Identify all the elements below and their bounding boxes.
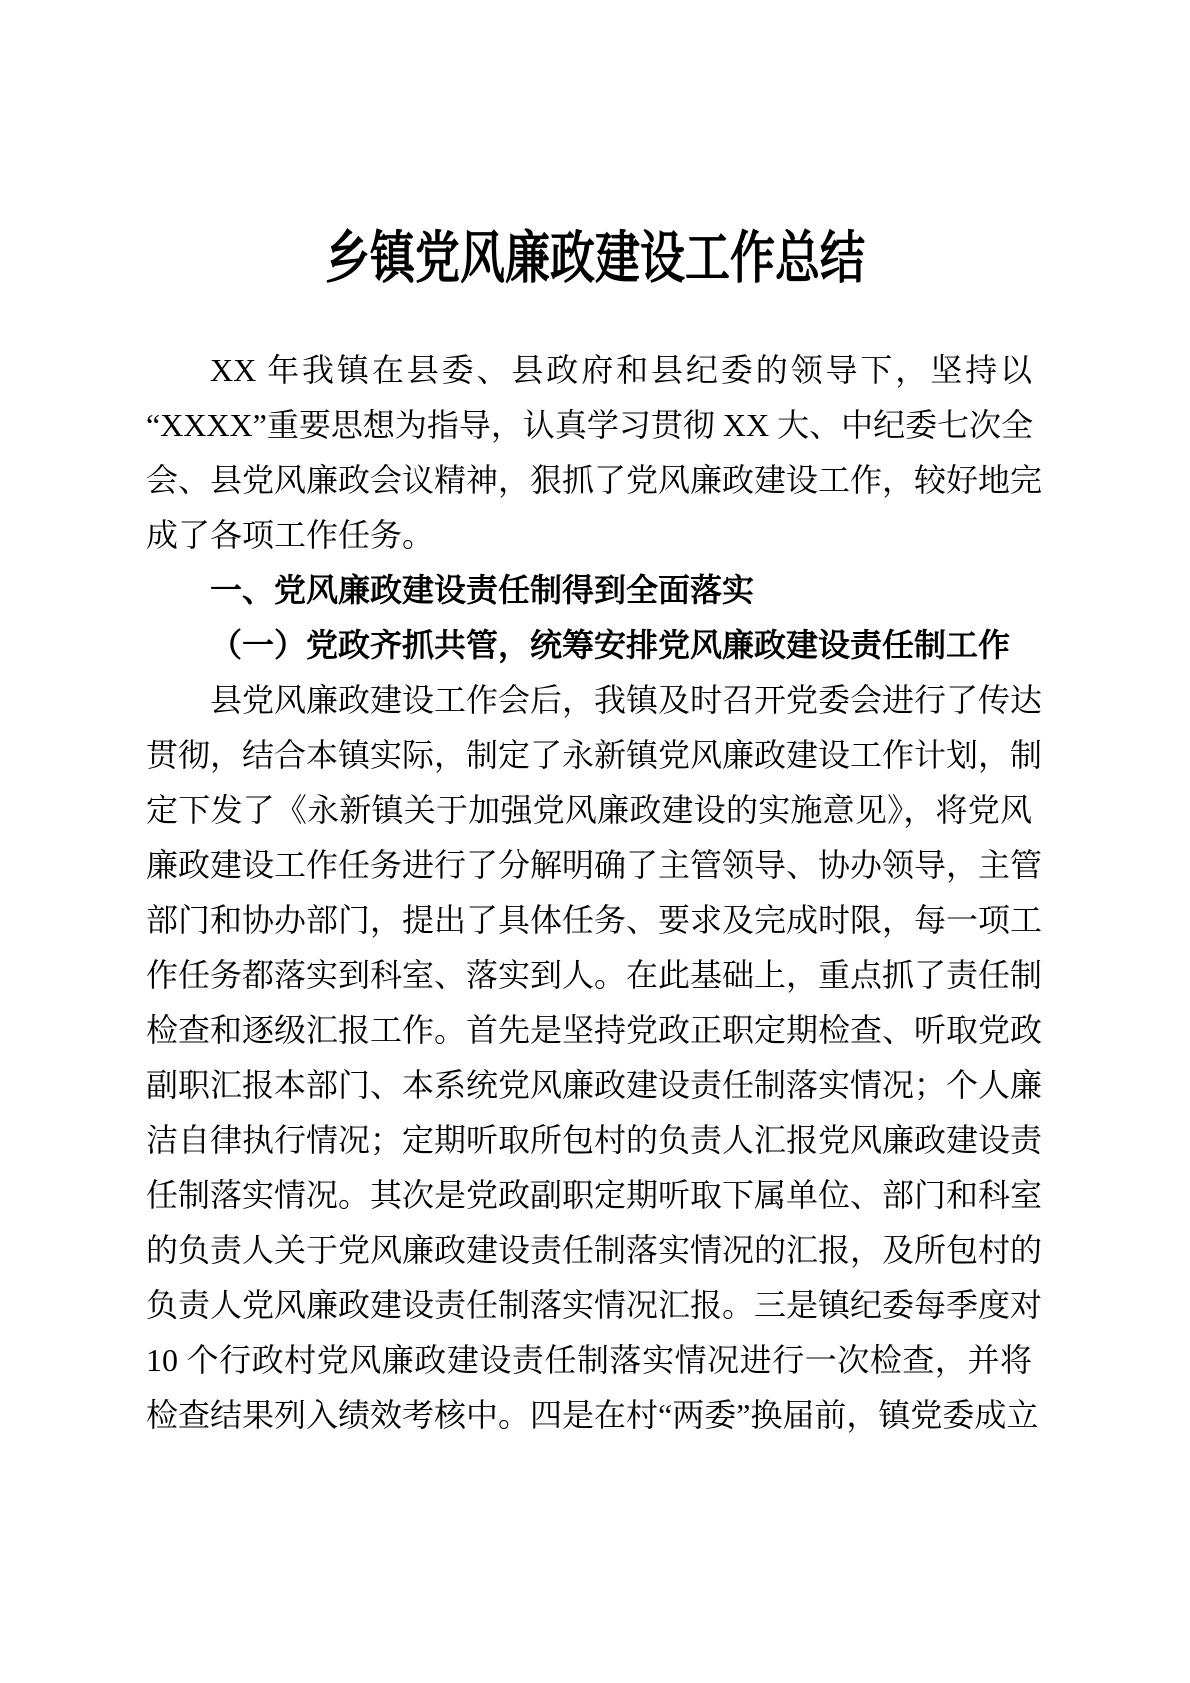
text-line: 贯彻，结合本镇实际，制定了永新镇党风廉政建设工作计划，制 <box>146 728 1032 783</box>
intro-paragraph: XX 年我镇在县委、县政府和县纪委的领导下，坚持以“XXXX”重要思想为指导，认… <box>146 343 1032 563</box>
subsection-heading-1-1: （一）党政齐抓共管，统筹安排党风廉政建设责任制工作 <box>146 618 1032 673</box>
text-line: 成了各项工作任务。 <box>146 508 1032 563</box>
page-title: 乡镇党风廉政建设工作总结 <box>325 218 865 298</box>
text-line: 负责人党风廉政建设责任制落实情况汇报。三是镇纪委每季度对 <box>146 1278 1032 1333</box>
document-page: 乡镇党风廉政建设工作总结 XX 年我镇在县委、县政府和县纪委的领导下，坚持以“X… <box>0 0 1190 1683</box>
text-line: 县党风廉政建设工作会后，我镇及时召开党委会进行了传达 <box>146 673 1032 728</box>
text-line: 一、党风廉政建设责任制得到全面落实 <box>146 563 1032 618</box>
text-line: 部门和协办部门，提出了具体任务、要求及完成时限，每一项工 <box>146 893 1032 948</box>
document-title-row: 乡镇党风廉政建设工作总结 <box>0 226 1190 290</box>
text-line: 副职汇报本部门、本系统党风廉政建设责任制落实情况；个人廉 <box>146 1058 1032 1113</box>
section-heading-1: 一、党风廉政建设责任制得到全面落实 <box>146 563 1032 618</box>
body-paragraph: 县党风廉政建设工作会后，我镇及时召开党委会进行了传达贯彻，结合本镇实际，制定了永… <box>146 673 1032 1443</box>
text-line: 检查和逐级汇报工作。首先是坚持党政正职定期检查、听取党政 <box>146 1003 1032 1058</box>
text-line: 任制落实情况。其次是党政副职定期听取下属单位、部门和科室 <box>146 1168 1032 1223</box>
document-body: XX 年我镇在县委、县政府和县纪委的领导下，坚持以“XXXX”重要思想为指导，认… <box>146 343 1032 1443</box>
text-line: 的负责人关于党风廉政建设责任制落实情况的汇报，及所包村的 <box>146 1223 1032 1278</box>
text-line: （一）党政齐抓共管，统筹安排党风廉政建设责任制工作 <box>146 618 1032 673</box>
text-line: 检查结果列入绩效考核中。四是在村“两委”换届前，镇党委成立 <box>146 1388 1032 1443</box>
text-line: 10 个行政村党风廉政建设责任制落实情况进行一次检查，并将 <box>146 1333 1032 1388</box>
text-line: XX 年我镇在县委、县政府和县纪委的领导下，坚持以 <box>146 343 1032 398</box>
text-line: 会、县党风廉政会议精神，狠抓了党风廉政建设工作，较好地完 <box>146 453 1032 508</box>
text-line: 廉政建设工作任务进行了分解明确了主管领导、协办领导，主管 <box>146 838 1032 893</box>
text-line: 定下发了《永新镇关于加强党风廉政建设的实施意见》，将党风 <box>146 783 1032 838</box>
text-line: 洁自律执行情况；定期听取所包村的负责人汇报党风廉政建设责 <box>146 1113 1032 1168</box>
text-line: “XXXX”重要思想为指导，认真学习贯彻 XX 大、中纪委七次全 <box>146 398 1032 453</box>
text-line: 作任务都落实到科室、落实到人。在此基础上，重点抓了责任制 <box>146 948 1032 1003</box>
